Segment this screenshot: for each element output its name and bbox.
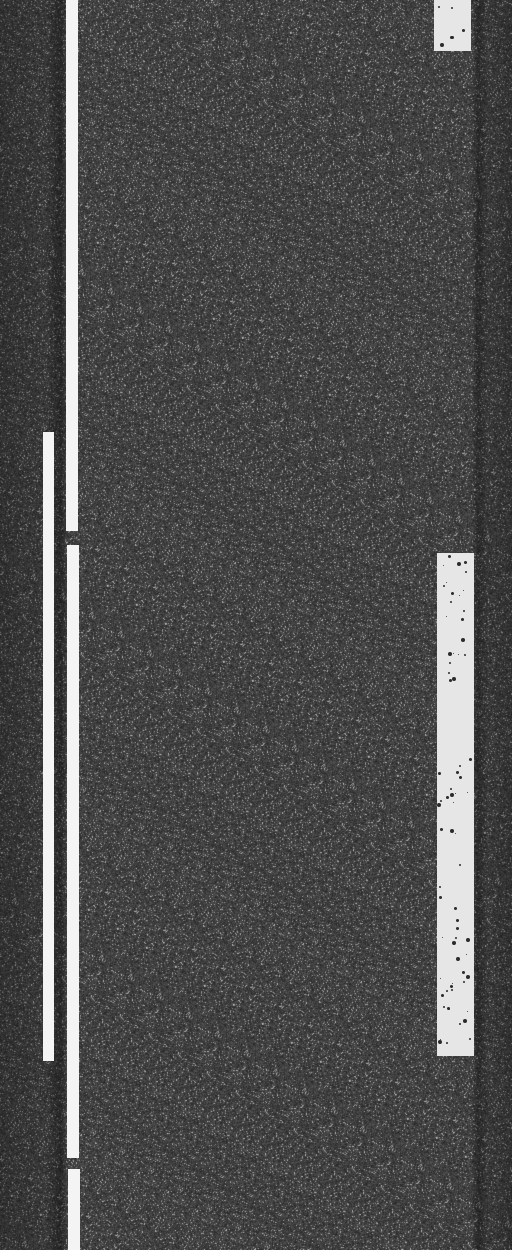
wear-speck (449, 662, 451, 664)
wear-speck (458, 654, 459, 655)
wear-speck (461, 638, 465, 642)
right-dash-top (434, 0, 471, 51)
wear-speck (447, 1007, 450, 1010)
wear-speck (463, 1019, 467, 1023)
wear-speck (466, 938, 470, 942)
wear-speck (439, 886, 441, 888)
wear-speck (456, 919, 459, 922)
wear-speck (440, 43, 444, 47)
wear-speck (459, 595, 460, 596)
wear-speck (451, 592, 454, 595)
wear-speck (462, 971, 465, 974)
wear-speck (467, 1011, 468, 1012)
wear-speck (442, 937, 443, 938)
wear-speck (453, 802, 454, 803)
wear-speck (448, 672, 450, 674)
wear-speck (452, 941, 456, 945)
wear-speck (440, 1039, 441, 1040)
wear-speck (469, 1038, 471, 1040)
wear-speck (455, 793, 456, 794)
wear-speck (450, 793, 454, 797)
wear-speck (440, 978, 441, 979)
wear-speck (463, 590, 464, 591)
wear-speck (443, 585, 445, 587)
wear-speck (448, 555, 451, 558)
left-edge-line-middle (67, 545, 79, 1158)
wear-speck (450, 788, 452, 790)
wear-speck (452, 983, 453, 984)
wear-speck (451, 989, 453, 991)
wear-speck (462, 29, 465, 32)
wear-speck (448, 652, 452, 656)
right-dash-middle (437, 553, 474, 1056)
wear-speck (437, 803, 441, 807)
wear-speck (438, 6, 440, 8)
wear-speck (455, 833, 456, 834)
wear-speck (455, 937, 457, 939)
wear-speck (463, 610, 465, 612)
wear-speck (466, 954, 467, 955)
right-shoulder (472, 0, 512, 1250)
wear-speck (465, 571, 467, 573)
wear-speck (456, 927, 459, 930)
wear-speck (466, 975, 470, 979)
wear-speck (459, 776, 462, 779)
left-edge-line-upper (66, 0, 78, 531)
wear-speck (450, 601, 452, 603)
wear-speck (443, 565, 444, 566)
wear-speck (469, 758, 472, 761)
wear-speck (440, 828, 443, 831)
wear-speck (450, 985, 453, 988)
wear-speck (452, 677, 456, 681)
wear-speck (441, 994, 444, 997)
wear-speck (459, 864, 461, 866)
road-scene (0, 0, 512, 1250)
wear-speck (456, 771, 459, 774)
wear-speck (446, 796, 449, 799)
wear-speck (446, 582, 447, 583)
left-shoulder (0, 0, 66, 1250)
left-auxiliary-line (43, 432, 54, 1061)
wear-speck (461, 618, 464, 621)
wear-speck (438, 1040, 442, 1044)
wear-speck (454, 907, 457, 910)
wear-speck (446, 990, 448, 992)
wear-speck (456, 957, 460, 961)
wear-speck (464, 561, 467, 564)
wear-speck (438, 772, 441, 775)
wear-speck (459, 765, 461, 767)
wear-speck (463, 981, 465, 983)
wear-speck (451, 7, 453, 9)
wear-speck (450, 36, 453, 39)
wear-speck (459, 1023, 461, 1025)
wear-speck (457, 562, 461, 566)
wear-speck (440, 800, 442, 802)
wear-speck (464, 654, 466, 656)
wear-speck (453, 653, 454, 654)
wear-speck (446, 1042, 448, 1044)
wear-speck (450, 829, 454, 833)
wear-speck (467, 792, 468, 793)
left-edge-line-lower (68, 1169, 80, 1250)
wear-speck (443, 1006, 445, 1008)
wear-speck (439, 896, 442, 899)
wear-speck (446, 616, 447, 617)
